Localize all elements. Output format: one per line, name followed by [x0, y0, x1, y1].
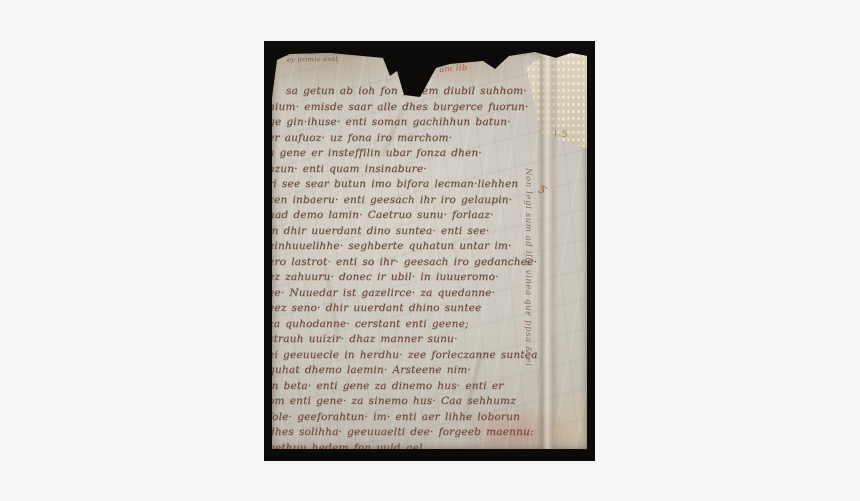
photo-backdrop: ey primio exat um lib I-5 Non legi sum a…: [264, 41, 595, 461]
text-line: a gene er insteffilin ubar fonza dhen·: [268, 146, 536, 162]
text-line: strauh uuizir· dhaz manner sunu·: [268, 332, 536, 348]
margin-squiggle: ʒ·: [538, 182, 548, 194]
text-line: dhes solihha· geeuuaelti dee· forgeeb ma…: [268, 425, 536, 441]
text-line: fole· geeforahtun· im· enti aer lihhe lo…: [268, 410, 536, 426]
text-line: quhat dhemo laemin· Arsteene nim·: [268, 363, 536, 379]
text-line: ez zahuuru· donec ir ubil· in iuuueromo·: [268, 270, 536, 286]
text-line: ozun· enti quam insinabure·: [268, 162, 536, 178]
text-line: in beta· enti gene za dinemo hus· enti e…: [268, 379, 536, 395]
photo-canvas: ey primio exat um lib I-5 Non legi sum a…: [0, 0, 860, 501]
text-line: er aufuoz· uz fona iro marchom·: [268, 131, 536, 147]
text-line: ee· Nuuedar ist gazelirce· za quedanne·: [268, 286, 536, 302]
manuscript-text-block: sa getun ab ioh fon , lhem diubil suhhom…: [268, 84, 536, 456]
text-line: nium· emisde saar alle dhes burgerce fuo…: [268, 100, 536, 116]
text-line: ge gin·ihuse· enti soman gachihhun batun…: [268, 115, 536, 131]
fold-crease: [537, 56, 563, 449]
text-line: sa getun ab ioh fon , lhem diubil suhhom…: [268, 84, 536, 100]
pencil-shelfmark: I-5: [554, 130, 569, 140]
red-ink-rubric: um lib: [439, 63, 468, 74]
text-line: cen inbaeru· enti geesach ihr iro gelaup…: [268, 193, 536, 209]
text-line: za quhodanne· cerstant enti geene;: [268, 317, 536, 333]
text-line: ei geeuuecle in herdhu· zee forleczanne …: [268, 348, 536, 364]
text-line: om enti gene· za sinemo hus· Caa sehhumz: [268, 394, 536, 410]
parchment-page: ey primio exat um lib I-5 Non legi sum a…: [271, 52, 587, 449]
text-line: in dhir uuerdant dino suntea· enti see·: [268, 224, 536, 240]
text-line: had demo lamin· Caetruo sunu· forlaaz·: [268, 208, 536, 224]
text-line: ri see sear butun imo bifora lecman·lieh…: [268, 177, 536, 193]
top-left-inscription: ey primio exat: [287, 54, 367, 63]
text-line: einhuuelihhe· seghberte quhatun untar im…: [268, 239, 536, 255]
text-line: gethuu hedem fon uuid gel: [268, 441, 536, 457]
text-line: eez seno· dhir uuerdant dhino suntee: [268, 301, 536, 317]
text-line: ero lastrot· enti so ihr· geesach iro ge…: [268, 255, 536, 271]
